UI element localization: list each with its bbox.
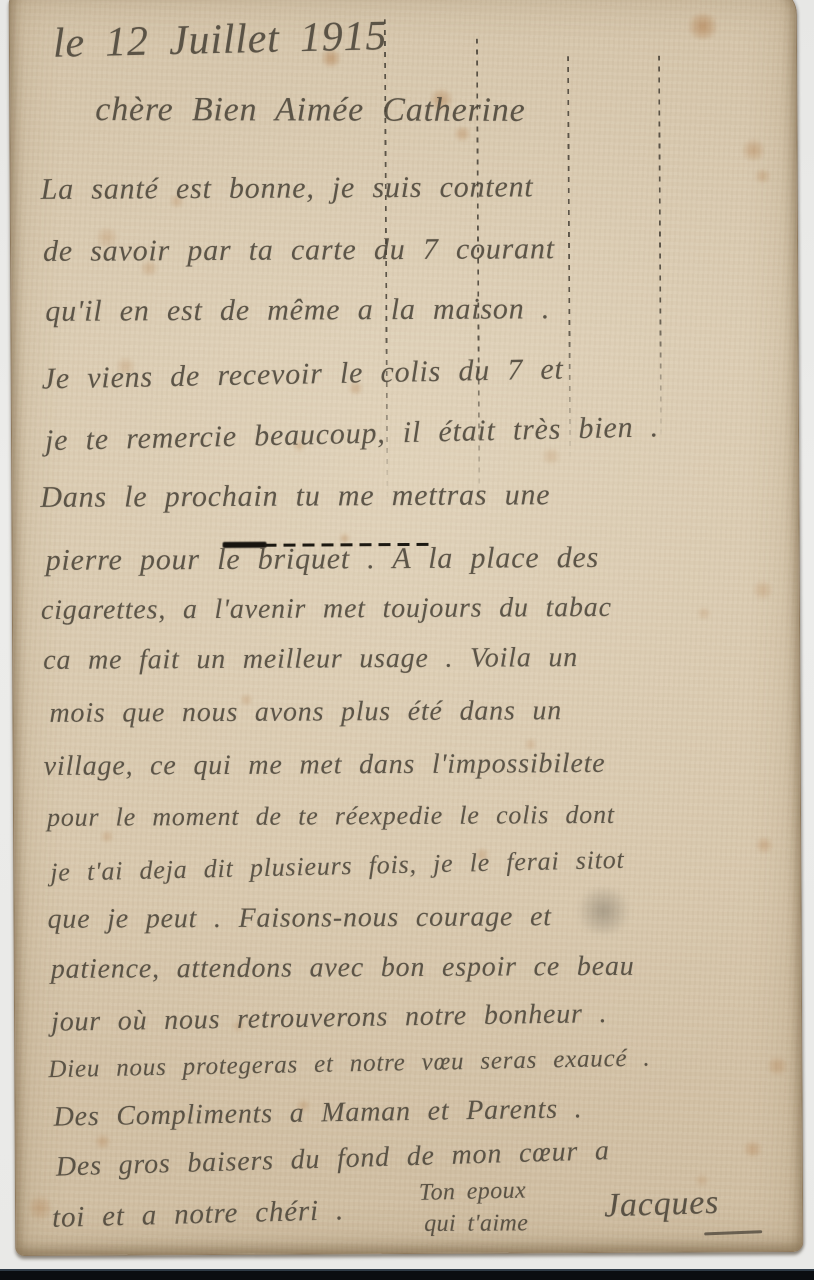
letter-line: pierre pour le briquet . A la place des [46,541,600,578]
letter-line: pour le moment de te réexpedie le colis … [47,800,615,833]
letter-salutation: chère Bien Aimée Catherine [95,91,525,130]
letter-line: village, ce qui me met dans l'impossibil… [44,748,606,783]
stain [765,1057,789,1075]
stain [540,448,562,464]
letter-line: je te remercie beaucoup, il était très b… [45,410,660,458]
letter-line: de savoir par ta carte du 7 courant [43,232,555,269]
letter-closing-line: toi et a notre chéri . [52,1194,345,1235]
dotted-divider-line [658,56,662,441]
letter-line: Dans le prochain tu me mettras une [40,478,550,515]
letter-line: jour où nous retrouverons notre bonheur … [51,998,608,1039]
scan-edge-bar [0,1269,814,1280]
letter-line: qu'il en est de même a la maison . [45,292,550,329]
letter-line: cigarettes, a l'avenir met toujours du t… [41,592,612,627]
stain [754,837,774,853]
letter-line: Dieu nous protegeras et notre vœu seras … [48,1045,651,1085]
stain [751,581,775,599]
stain [29,1193,51,1223]
stain [94,1135,112,1149]
dotted-divider-line [567,56,571,461]
signature-note-line: Ton epoux [419,1177,527,1206]
scan-background: le 12 Juillet 1915 chère Bien Aimée Cath… [0,0,814,1280]
letter-line: Des gros baisers du fond de mon cœur a [55,1135,610,1183]
signature-note-line: qui t'aime [424,1210,528,1238]
stain [740,139,766,161]
letter-line: je t'ai deja dit plusieurs fois, je le f… [50,845,625,888]
pencil-smudge [572,888,634,934]
letter-line: patience, attendons avec bon espoir ce b… [51,951,635,986]
letter-line: que je peut . Faisons-nous courage et [47,901,551,936]
letter-line: Des Compliments a Maman et Parents . [53,1093,582,1133]
stain [686,13,720,39]
signature-name: Jacques [603,1184,719,1226]
signature-flourish [704,1230,762,1235]
letter-line: La santé est bonne, je suis content [41,170,534,207]
stain [754,169,772,183]
letter-line: mois que nous avons plus été dans un [49,695,562,730]
stain [742,1141,764,1157]
postcard: le 12 Juillet 1915 chère Bien Aimée Cath… [9,0,804,1256]
stain [696,607,712,619]
letter-date: le 12 Juillet 1915 [52,12,387,68]
letter-line: ca me fait un meilleur usage . Voila un [43,642,578,677]
